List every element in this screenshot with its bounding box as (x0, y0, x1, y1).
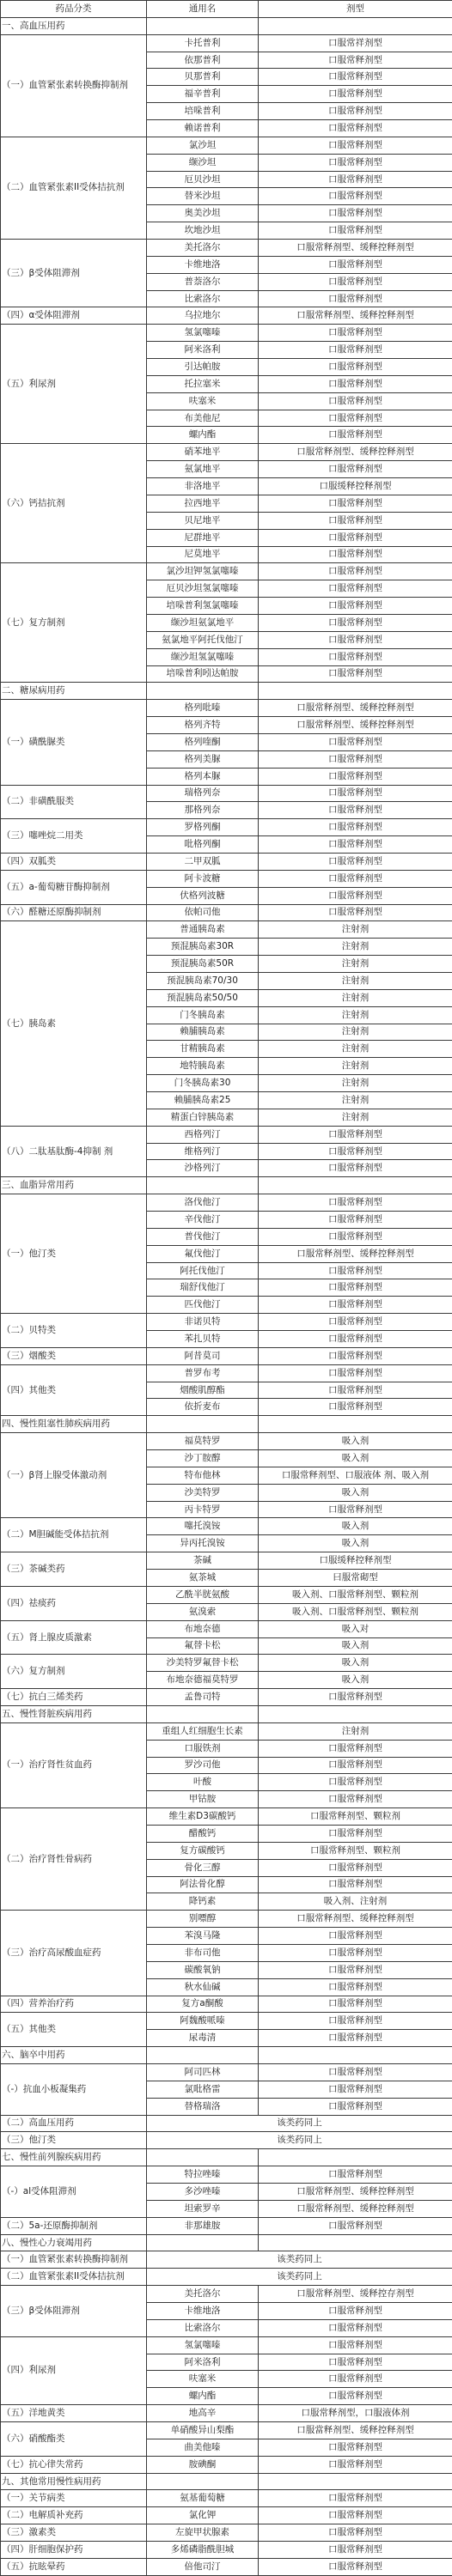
generic-name-cell: 复方a酮酸 (147, 1996, 259, 2013)
generic-name-cell: 依那普利 (147, 52, 259, 69)
category-cell: （八）二肽基肽酶-4抑制 剂 (1, 1126, 147, 1177)
generic-name-cell: 乙酰半胱氨酸 (147, 1586, 259, 1603)
dosage-form-cell: 注射剂 (259, 1075, 452, 1092)
generic-name-cell: 卡托普利 (147, 34, 259, 52)
generic-name-cell: 多沙唑嗪 (147, 2184, 259, 2201)
category-cell: （七）抗白三烯类药 (1, 1689, 147, 1706)
dosage-form-cell: 口服常释剂型 (259, 2490, 452, 2507)
section-row: 一、高血压用药 (1, 17, 452, 34)
section-title: 七、慢性前列腺疾病用药 (1, 2149, 147, 2166)
dosage-form-cell: 吸入剂、口服常释剂型、颗粒剂 (259, 1603, 452, 1620)
generic-name-cell: 缬沙坦氢氯噻嗪 (147, 648, 259, 665)
table-row: （二）治疗肾性骨病药维生素D3碳酸钙口服常释剂型、颗粒剂 (1, 1808, 452, 1826)
empty-cell (259, 2149, 452, 2166)
table-row: （七）胰岛素普通胰岛素注射剂 (1, 921, 452, 939)
section-row: 四、慢性阻塞性肺疾病用药 (1, 1416, 452, 1433)
generic-name-cell: 格列美脲 (147, 750, 259, 768)
dosage-form-cell: 口服常释剂型 (259, 2507, 452, 2524)
generic-name-cell: 预混胰岛素50/50 (147, 989, 259, 1006)
table-row: （一）血管紧张素转换酶抑制剂该类药同上 (1, 2251, 452, 2269)
dosage-form-cell: 口服常释剂型 (259, 2371, 452, 2388)
dosage-form-cell: 口服缓释控释剂型 (259, 1552, 452, 1570)
dosage-form-cell: 口服常释剂型 (259, 103, 452, 120)
column-header-category: 药品分类 (1, 1, 147, 18)
generic-name-cell: 依折麦布 (147, 1399, 259, 1416)
generic-name-cell: 厄贝沙坦 (147, 171, 259, 188)
generic-name-cell: 阿法骨化醇 (147, 1876, 259, 1893)
generic-name-cell: 贝尼地平 (147, 512, 259, 529)
generic-name-cell: 坎地沙坦 (147, 222, 259, 240)
dosage-form-cell: 口服常释剂型 (259, 2013, 452, 2030)
generic-name-cell: 非洛地平 (147, 478, 259, 495)
generic-name-cell: 孟鲁司特 (147, 1689, 259, 1706)
dosage-form-cell: 注射剂 (259, 1041, 452, 1058)
same-as-above-note: 该类药同上 (147, 2132, 452, 2149)
generic-name-cell: 维格列汀 (147, 1143, 259, 1160)
dosage-form-cell: 口服常释剂型 (259, 2336, 452, 2354)
dosage-form-cell: 口服常释剂型 (259, 1876, 452, 1893)
dosage-form-cell: 口服常释剂型 (259, 1928, 452, 1945)
table-row: （三）他汀类该类药同上 (1, 2132, 452, 2149)
generic-name-cell: 培哚普利吲达帕胺 (147, 665, 259, 683)
generic-name-cell: 氯沙坦钾氢氯噻嗪 (147, 563, 259, 580)
generic-name-cell: 精蛋白锌胰岛素 (147, 1109, 259, 1126)
empty-cell (259, 2473, 452, 2490)
category-cell: （三）β受体阻滞剂 (1, 2286, 147, 2337)
generic-name-cell: 辛伐他汀 (147, 1212, 259, 1229)
generic-name-cell: 乌拉地尔 (147, 307, 259, 325)
dosage-form-cell: 口服常释剂型 (259, 563, 452, 580)
category-cell: （一）血管紧张素转换酶抑制剂 (1, 2251, 147, 2269)
generic-name-cell: 氨氯地平 (147, 461, 259, 478)
table-row: （二）M胆碱能受体拮抗剂噻托溴铵吸入剂 (1, 1518, 452, 1535)
generic-name-cell: 奥美沙坦 (147, 205, 259, 222)
table-row: （三）治疗高尿酸血症药别嘌醇口服常释剂型、缓释控释剂型 (1, 1911, 452, 1928)
dosage-form-cell: 注射剂 (259, 1024, 452, 1041)
generic-name-cell: 格列本脲 (147, 768, 259, 785)
dosage-form-cell: 口服常释剂型、缓释控释剂型 (259, 2184, 452, 2201)
generic-name-cell: 氨茶城 (147, 1570, 259, 1587)
dosage-form-cell: 口服缓释控释剂型 (259, 478, 452, 495)
generic-name-cell: 硝苯地平 (147, 444, 259, 461)
category-cell: （四）其他类 (1, 1364, 147, 1416)
generic-name-cell: 氢氯噻嗪 (147, 325, 259, 342)
dosage-form-cell: 口服常释剂型 (259, 529, 452, 546)
dosage-form-cell: 口服常释剂型 (259, 1774, 452, 1791)
table-row: （一）β肾上腺受体激动剂福莫特罗吸入剂 (1, 1433, 452, 1450)
dosage-form-cell: 口服常释剂型、颗粒剂 (259, 1808, 452, 1826)
table-row: （四）祛痰药乙酰半胱氨酸吸入剂、口服常释剂型、颗粒剂 (1, 1586, 452, 1603)
table-row: （五）其他类阿魏酸哌嗪口服常释剂型 (1, 2013, 452, 2030)
category-cell: （三）他汀类 (1, 2132, 147, 2149)
category-cell: （四）双胍类 (1, 853, 147, 870)
generic-name-cell: 预混胰岛素70/30 (147, 972, 259, 989)
dosage-form-cell: 口服常释剂型、缓释控释剂型 (259, 307, 452, 325)
empty-cell (147, 2047, 259, 2064)
generic-name-cell: 螺内酯 (147, 2388, 259, 2405)
dosage-form-cell: 口服常释剂型 (259, 495, 452, 512)
category-cell: （二）贝特类 (1, 1314, 147, 1348)
generic-name-cell: 福莫特罗 (147, 1433, 259, 1450)
generic-name-cell: 阿米洛利 (147, 2354, 259, 2371)
section-title: 九、其他常用慢性病用药 (1, 2473, 147, 2490)
empty-cell (259, 1177, 452, 1194)
same-as-above-note: 该类药同上 (147, 2251, 452, 2269)
category-cell: （二）5a-还原酶抑制剂 (1, 2217, 147, 2234)
table-row: （四）利尿剂氢氯噻嗪口服常释剂型 (1, 2336, 452, 2354)
dosage-form-cell: 吸入剂 (259, 1450, 452, 1467)
category-cell: （三）烟酸类 (1, 1347, 147, 1364)
dosage-form-cell: 注射剂 (259, 1092, 452, 1109)
generic-name-cell: 氨基葡萄糖 (147, 2490, 259, 2507)
generic-name-cell: 茶碱 (147, 1552, 259, 1570)
dosage-form-cell: 口服常释剂型 (259, 325, 452, 342)
generic-name-cell: 格列吡嗪 (147, 700, 259, 717)
generic-name-cell: 降钙素 (147, 1893, 259, 1911)
generic-name-cell: 甘精胰岛素 (147, 1041, 259, 1058)
dosage-form-cell: 口服常释剂型 (259, 1228, 452, 1245)
category-cell: （一）血管紧张素转换酶抑制剂 (1, 34, 147, 137)
section-row: 六、脑卒中用药 (1, 2047, 452, 2064)
generic-name-cell: 福辛普利 (147, 86, 259, 103)
dosage-form-cell: 口服常释剂型 (259, 2166, 452, 2184)
generic-name-cell: 阿托伐他汀 (147, 1262, 259, 1279)
empty-cell (147, 2234, 259, 2251)
dosage-form-cell: 口服當释剂型、缓释控释剂型 (259, 2422, 452, 2439)
category-cell: （-）抗血小板凝集药 (1, 2063, 147, 2115)
dosage-form-cell: 口服常释剂型 (259, 1944, 452, 1961)
generic-name-cell: 重组人红细胞生长素 (147, 1722, 259, 1740)
dosage-form-cell: 口服常释剂型、颗粒剂 (259, 1842, 452, 1859)
category-cell: （五）洋地黄类 (1, 2405, 147, 2422)
dosage-form-cell: 口服常释剂型 (259, 2456, 452, 2473)
generic-name-cell: 阿司匹林 (147, 2063, 259, 2081)
empty-cell (147, 1177, 259, 1194)
category-cell: （四）α受体阻滞剂 (1, 307, 147, 325)
generic-name-cell: 氯沙坦 (147, 137, 259, 154)
dosage-form-cell: 吸入剂 (259, 1433, 452, 1450)
empty-cell (259, 2234, 452, 2251)
dosage-form-cell: 口服常释剂型 (259, 2354, 452, 2371)
category-cell: （七）抗心律失常药 (1, 2456, 147, 2473)
dosage-form-cell: 口服常释剂型 (259, 1331, 452, 1348)
dosage-form-cell: 口服常释剂型 (259, 733, 452, 750)
table-row: （七）抗心律失常药胺碘酮口服常释剂型 (1, 2456, 452, 2473)
generic-name-cell: 单硝酸异山梨酯 (147, 2422, 259, 2439)
table-row: （五）利尿剂氢氯噻嗪口服常释剂型 (1, 325, 452, 342)
dosage-form-cell: 口服常释剂型 (259, 1297, 452, 1314)
dosage-form-cell: 吸入剂 (259, 1672, 452, 1689)
dosage-form-cell: 口服常释剂型 (259, 802, 452, 819)
category-cell: （二）血管紧张素II受体拮抗剂 (1, 137, 147, 239)
dosage-form-cell: 吸入剂、注射剂 (259, 1893, 452, 1911)
category-cell: （三）噻唑烷二用类 (1, 819, 147, 854)
dosage-form-cell: 口服常释剂型 (259, 580, 452, 598)
table-row: （三）茶碱类药茶碱口服缓释控释剂型 (1, 1552, 452, 1570)
category-cell: （一）关节病类 (1, 2490, 147, 2507)
category-cell: （一）磺酰脲类 (1, 700, 147, 785)
generic-name-cell: 匹伐他汀 (147, 1297, 259, 1314)
generic-name-cell: 替米沙坦 (147, 188, 259, 205)
generic-name-cell: 坦索罗辛 (147, 2200, 259, 2217)
category-cell: （六）硝酸酯类 (1, 2422, 147, 2457)
generic-name-cell: 贝那普利 (147, 69, 259, 86)
table-row: （二）电解质补充药氯化钾口服常释剂型 (1, 2507, 452, 2524)
dosage-form-cell: 吸入对 (259, 1620, 452, 1637)
dosage-form-cell: 口服常释剂型 (259, 1689, 452, 1706)
generic-name-cell: 布地奈德福莫特罗 (147, 1672, 259, 1689)
generic-name-cell: 螺内酯 (147, 427, 259, 444)
generic-name-cell: 布地奈德 (147, 1620, 259, 1637)
table-row: （二）高血压用药该类药同上 (1, 2115, 452, 2132)
generic-name-cell: 胺碘酮 (147, 2456, 259, 2473)
dosage-form-cell: 口服常释剂型 (259, 1825, 452, 1842)
dosage-form-cell: 口服常释剂型 (259, 2081, 452, 2098)
same-as-above-note: 该类药同上 (147, 2115, 452, 2132)
generic-name-cell: 比索洛尔 (147, 290, 259, 307)
table-body: 一、高血压用药（一）血管紧张素转换酶抑制剂卡托普利口服常祥剂型依那普利口服常释剂… (1, 17, 452, 2575)
dosage-form-cell: 口服常释剂型 (259, 1996, 452, 2013)
dosage-form-cell: 口服常释剂型 (259, 1399, 452, 1416)
table-row: （三）β受体阻滞剂美托洛尔口服常释剂型、缓释控释剂型 (1, 240, 452, 257)
dosage-form-cell: 口服常释剂型 (259, 2217, 452, 2234)
generic-name-cell: 口服铁剂 (147, 1740, 259, 1757)
section-title: 一、高血压用药 (1, 17, 147, 34)
generic-name-cell: 多烯磷脂酰胆城 (147, 2542, 259, 2559)
category-cell: （一）治疗肾性贫血药 (1, 1722, 147, 1807)
generic-name-cell: 沙丁胺醇 (147, 1450, 259, 1467)
category-cell: （三）治疗高尿酸血症药 (1, 1911, 147, 1996)
generic-name-cell: 阿米洛利 (147, 342, 259, 359)
generic-name-cell: 二甲双胍 (147, 853, 259, 870)
generic-name-cell: 引达帕胺 (147, 359, 259, 376)
dosage-form-cell: 口服常释剂型 (259, 1978, 452, 1996)
category-cell: （二）治疗肾性骨病药 (1, 1808, 147, 1911)
section-row: 七、慢性前列腺疾病用药 (1, 2149, 452, 2166)
dosage-form-cell: 口服常释剂型 (259, 2303, 452, 2320)
dosage-form-cell: 吸入剂 (259, 1535, 452, 1552)
generic-name-cell: 预混胰岛素30R (147, 939, 259, 956)
generic-name-cell: 丙卡特罗 (147, 1501, 259, 1518)
generic-name-cell: 噻托溴铵 (147, 1518, 259, 1535)
table-row: （四）α受体阻滞剂乌拉地尔口服常释剂型、缓释控释剂型 (1, 307, 452, 325)
dosage-form-cell: 口服常释剂型 (259, 904, 452, 921)
generic-name-cell: 氯吡格雷 (147, 2081, 259, 2098)
generic-name-cell: 普通胰岛素 (147, 921, 259, 939)
generic-name-cell: 维生素D3碳酸钙 (147, 1808, 259, 1826)
generic-name-cell: 骨化三醇 (147, 1859, 259, 1876)
generic-name-cell: 普罗布考 (147, 1364, 259, 1382)
dosage-form-cell: 口服常释剂型 (259, 1194, 452, 1212)
generic-name-cell: 特布他林 (147, 1467, 259, 1484)
category-cell: （二）M胆碱能受体拮抗剂 (1, 1518, 147, 1552)
generic-name-cell: 卡维地洛 (147, 2303, 259, 2320)
category-cell: （三）茶碱类药 (1, 1552, 147, 1587)
dosage-form-cell: 曰服常砌型 (259, 1570, 452, 1587)
dosage-form-cell: 口服常释剂型、缓释控释剂型 (259, 717, 452, 734)
dosage-form-cell: 口服常释剂型 (259, 1143, 452, 1160)
same-as-above-note: 该类药同上 (147, 2269, 452, 2286)
empty-cell (147, 1416, 259, 1433)
generic-name-cell: 罗沙司他 (147, 1757, 259, 1774)
category-cell: （三）β受体阻滞剂 (1, 240, 147, 307)
generic-name-cell: 阿昔莫司 (147, 1347, 259, 1364)
dosage-form-cell: 口服常释剂型，口服液体剂 (259, 2405, 452, 2422)
generic-name-cell: 非那雄胺 (147, 2217, 259, 2234)
dosage-form-cell: 口服常释剂型 (259, 631, 452, 648)
generic-name-cell: 特拉唑嗪 (147, 2166, 259, 2184)
dosage-form-cell: 口服常祥剂型 (259, 34, 452, 52)
dosage-form-cell: 口服常释剂型 (259, 1859, 452, 1876)
dosage-form-cell: 口服常释剂型 (259, 1740, 452, 1757)
dosage-form-cell: 口服常释剂型 (259, 1160, 452, 1177)
generic-name-cell: 地特胰岛素 (147, 1058, 259, 1075)
category-cell: （一）他汀类 (1, 1194, 147, 1314)
category-cell: （七）复方制剂 (1, 563, 147, 683)
dosage-form-cell: 口服常释剂型 (259, 2439, 452, 2456)
dosage-form-cell: 口服常释剂型 (259, 614, 452, 631)
column-header-generic-name: 通用名 (147, 1, 259, 18)
generic-name-cell: 普萘洛尔 (147, 273, 259, 290)
table-row: （七）抗白三烯类药孟鲁司特口服常释剂型 (1, 1689, 452, 1706)
dosage-form-cell: 口服常释剂型、缓释控释剂型 (259, 240, 452, 257)
table-row: （三）β受体阻滞剂美托洛尔口服常释剂型、缓释控存剂型 (1, 2286, 452, 2303)
dosage-form-cell: 口服常释剂型 (259, 2388, 452, 2405)
generic-name-cell: 缬沙坦氨氯地平 (147, 614, 259, 631)
table-row: （二）贝特类非诺贝特口服常释剂型 (1, 1314, 452, 1331)
dosage-form-cell: 口服常释剂型 (259, 52, 452, 69)
table-row: （六）醛糖还原酶抑制剂依帕司他口服常释剂型 (1, 904, 452, 921)
generic-name-cell: 替格瑞洛 (147, 2098, 259, 2115)
dosage-form-cell: 口服常释剂型 (259, 359, 452, 376)
dosage-form-cell: 口服常释剂型 (259, 86, 452, 103)
generic-name-cell: 地高辛 (147, 2405, 259, 2422)
dosage-form-cell: 口服常释剂型 (259, 1961, 452, 1978)
generic-name-cell: 布美他尼 (147, 410, 259, 427)
category-cell: （五）a-葡萄糖苷酶抑制剂 (1, 870, 147, 904)
generic-name-cell: 比索洛尔 (147, 2319, 259, 2336)
dosage-form-cell: 口服常释剂型 (259, 768, 452, 785)
empty-cell (259, 1705, 452, 1722)
dosage-form-cell: 口服常释剂型 (259, 290, 452, 307)
section-row: 九、其他常用慢性病用药 (1, 2473, 452, 2490)
empty-cell (147, 683, 259, 700)
dosage-form-cell: 口服常释剂型 (259, 2558, 452, 2575)
generic-name-cell: 氯化钾 (147, 2507, 259, 2524)
section-row: 八、慢性心力衰竭用药 (1, 2234, 452, 2251)
generic-name-cell: 门冬胰岛素 (147, 1006, 259, 1024)
table-row: （二）血管紧张素II受体拮抗剂该类药同上 (1, 2269, 452, 2286)
dosage-form-cell: 口服常释剂型 (259, 2524, 452, 2542)
dosage-form-cell: 口服常释剂型 (259, 342, 452, 359)
category-cell: （四）利尿剂 (1, 2336, 147, 2404)
dosage-form-cell: 口服常释剂型 (259, 2319, 452, 2336)
generic-name-cell: 吡格列酮 (147, 836, 259, 854)
generic-name-cell: 西格列汀 (147, 1126, 259, 1143)
dosage-form-cell: 口服常释剂型 (259, 887, 452, 904)
generic-name-cell: 依帕司他 (147, 904, 259, 921)
dosage-form-cell: 注射剂 (259, 939, 452, 956)
dosage-form-cell: 口服常释剂型 (259, 2063, 452, 2081)
dosage-form-cell: 口服常释剂型 (259, 1212, 452, 1229)
table-row: （五）抗眩晕药倍他司汀口服常释剂型 (1, 2558, 452, 2575)
generic-name-cell: 赖诺普利 (147, 120, 259, 137)
dosage-form-cell: 口服常释剂型 (259, 1347, 452, 1364)
dosage-form-cell: 口服常释剂型 (259, 1501, 452, 1518)
table-row: （五）肾上腺皮质激素布地奈德吸入对 (1, 1620, 452, 1637)
drug-catalog-table: 药品分类 通用名 剂型 一、高血压用药（一）血管紧张素转换酶抑制剂卡托普利口服常… (0, 0, 452, 2576)
generic-name-cell: 罗格列酮 (147, 819, 259, 836)
category-cell: （五）肾上腺皮质激素 (1, 1620, 147, 1655)
generic-name-cell: 非诺贝特 (147, 1314, 259, 1331)
table-row: （四）其他类普罗布考口服常释剂型 (1, 1364, 452, 1382)
dosage-form-cell: 口服常释剂型 (259, 750, 452, 768)
table-row: （二）非磺酰服类瑞格列奈口服常释剂型 (1, 785, 452, 802)
table-row: （一）他汀类洛伐他汀口服常释剂型 (1, 1194, 452, 1212)
dosage-form-cell: 口服常释剂型 (259, 1279, 452, 1297)
section-row: 三、血脂异常用药 (1, 1177, 452, 1194)
table-row: （一）血管紧张素转换酶抑制剂卡托普利口服常祥剂型 (1, 34, 452, 52)
table-row: （二）5a-还原酶抑制剂非那雄胺口服常释剂型 (1, 2217, 452, 2234)
dosage-form-cell: 口服常释剂型 (259, 1757, 452, 1774)
dosage-form-cell: 口服常释剂型 (259, 546, 452, 563)
generic-name-cell: 叶酸 (147, 1774, 259, 1791)
dosage-form-cell: 注射剂 (259, 1006, 452, 1024)
category-cell: （二）血管紧张素II受体拮抗剂 (1, 2269, 147, 2286)
generic-name-cell: 培哚普利氢氯噻嗪 (147, 598, 259, 615)
generic-name-cell: 尼莫地平 (147, 546, 259, 563)
dosage-form-cell: 口服常释剂型 (259, 154, 452, 171)
dosage-form-cell: 口服常释剂型 (259, 665, 452, 683)
dosage-form-cell: 口服常释剂型 (259, 69, 452, 86)
dosage-form-cell: 口服常释剂型 (259, 1126, 452, 1143)
dosage-form-cell: 口服常释剂型 (259, 870, 452, 887)
dosage-form-cell: 口服常释剂型 (259, 1314, 452, 1331)
table-row: （-）抗血小板凝集药阿司匹林口服常释剂型 (1, 2063, 452, 2081)
table-row: （七）复方制剂氯沙坦钾氢氯噻嗪口服常释剂型 (1, 563, 452, 580)
empty-cell (147, 17, 259, 34)
dosage-form-cell: 口服常释剂型、缓释控释剂型 (259, 700, 452, 717)
category-cell: （四）营养治疗药 (1, 1996, 147, 2013)
empty-cell (259, 1416, 452, 1433)
dosage-form-cell: 注射剂 (259, 1722, 452, 1740)
generic-name-cell: 赖脯胰岛素 (147, 1024, 259, 1041)
table-row: （五）a-葡萄糖苷酶抑制剂阿卡波糖口服常释剂型 (1, 870, 452, 887)
dosage-form-cell: 口服常释剂型 (259, 120, 452, 137)
dosage-form-cell: 口服常释剂型、缓释控释剂型 (259, 1911, 452, 1928)
dosage-form-cell: 注射剂 (259, 1109, 452, 1126)
table-row: （一）治疗肾性贫血药重组人红细胞生长素注射剂 (1, 1722, 452, 1740)
dosage-form-cell: 口服常释剂型 (259, 1262, 452, 1279)
category-cell: （五）抗眩晕药 (1, 2558, 147, 2575)
generic-name-cell: 缬沙坦 (147, 154, 259, 171)
table-row: （六）复方制剂沙美特罗氟替卡松吸入剂 (1, 1655, 452, 1672)
generic-name-cell: 门冬胰岛素30 (147, 1075, 259, 1092)
category-cell: （二）非磺酰服类 (1, 785, 147, 819)
dosage-form-cell: 吸入剂 (259, 1637, 452, 1655)
category-cell: （二）电解质补充药 (1, 2507, 147, 2524)
dosage-form-cell: 口服常释剂型 (259, 598, 452, 615)
generic-name-cell: 复方碳酸钙 (147, 1842, 259, 1859)
generic-name-cell: 尿毒清 (147, 2030, 259, 2047)
dosage-form-cell: 口服常释剂型、缓释控释剂型 (259, 444, 452, 461)
generic-name-cell: 碳酸氧钠 (147, 1961, 259, 1978)
generic-name-cell: 氨溴索 (147, 1603, 259, 1620)
dosage-form-cell: 注射剂 (259, 1058, 452, 1075)
generic-name-cell: 阿魏酸哌嗪 (147, 2013, 259, 2030)
table-row: （三）激素类左旋甲状腺素口服常释剂型 (1, 2524, 452, 2542)
empty-cell (147, 2149, 259, 2166)
